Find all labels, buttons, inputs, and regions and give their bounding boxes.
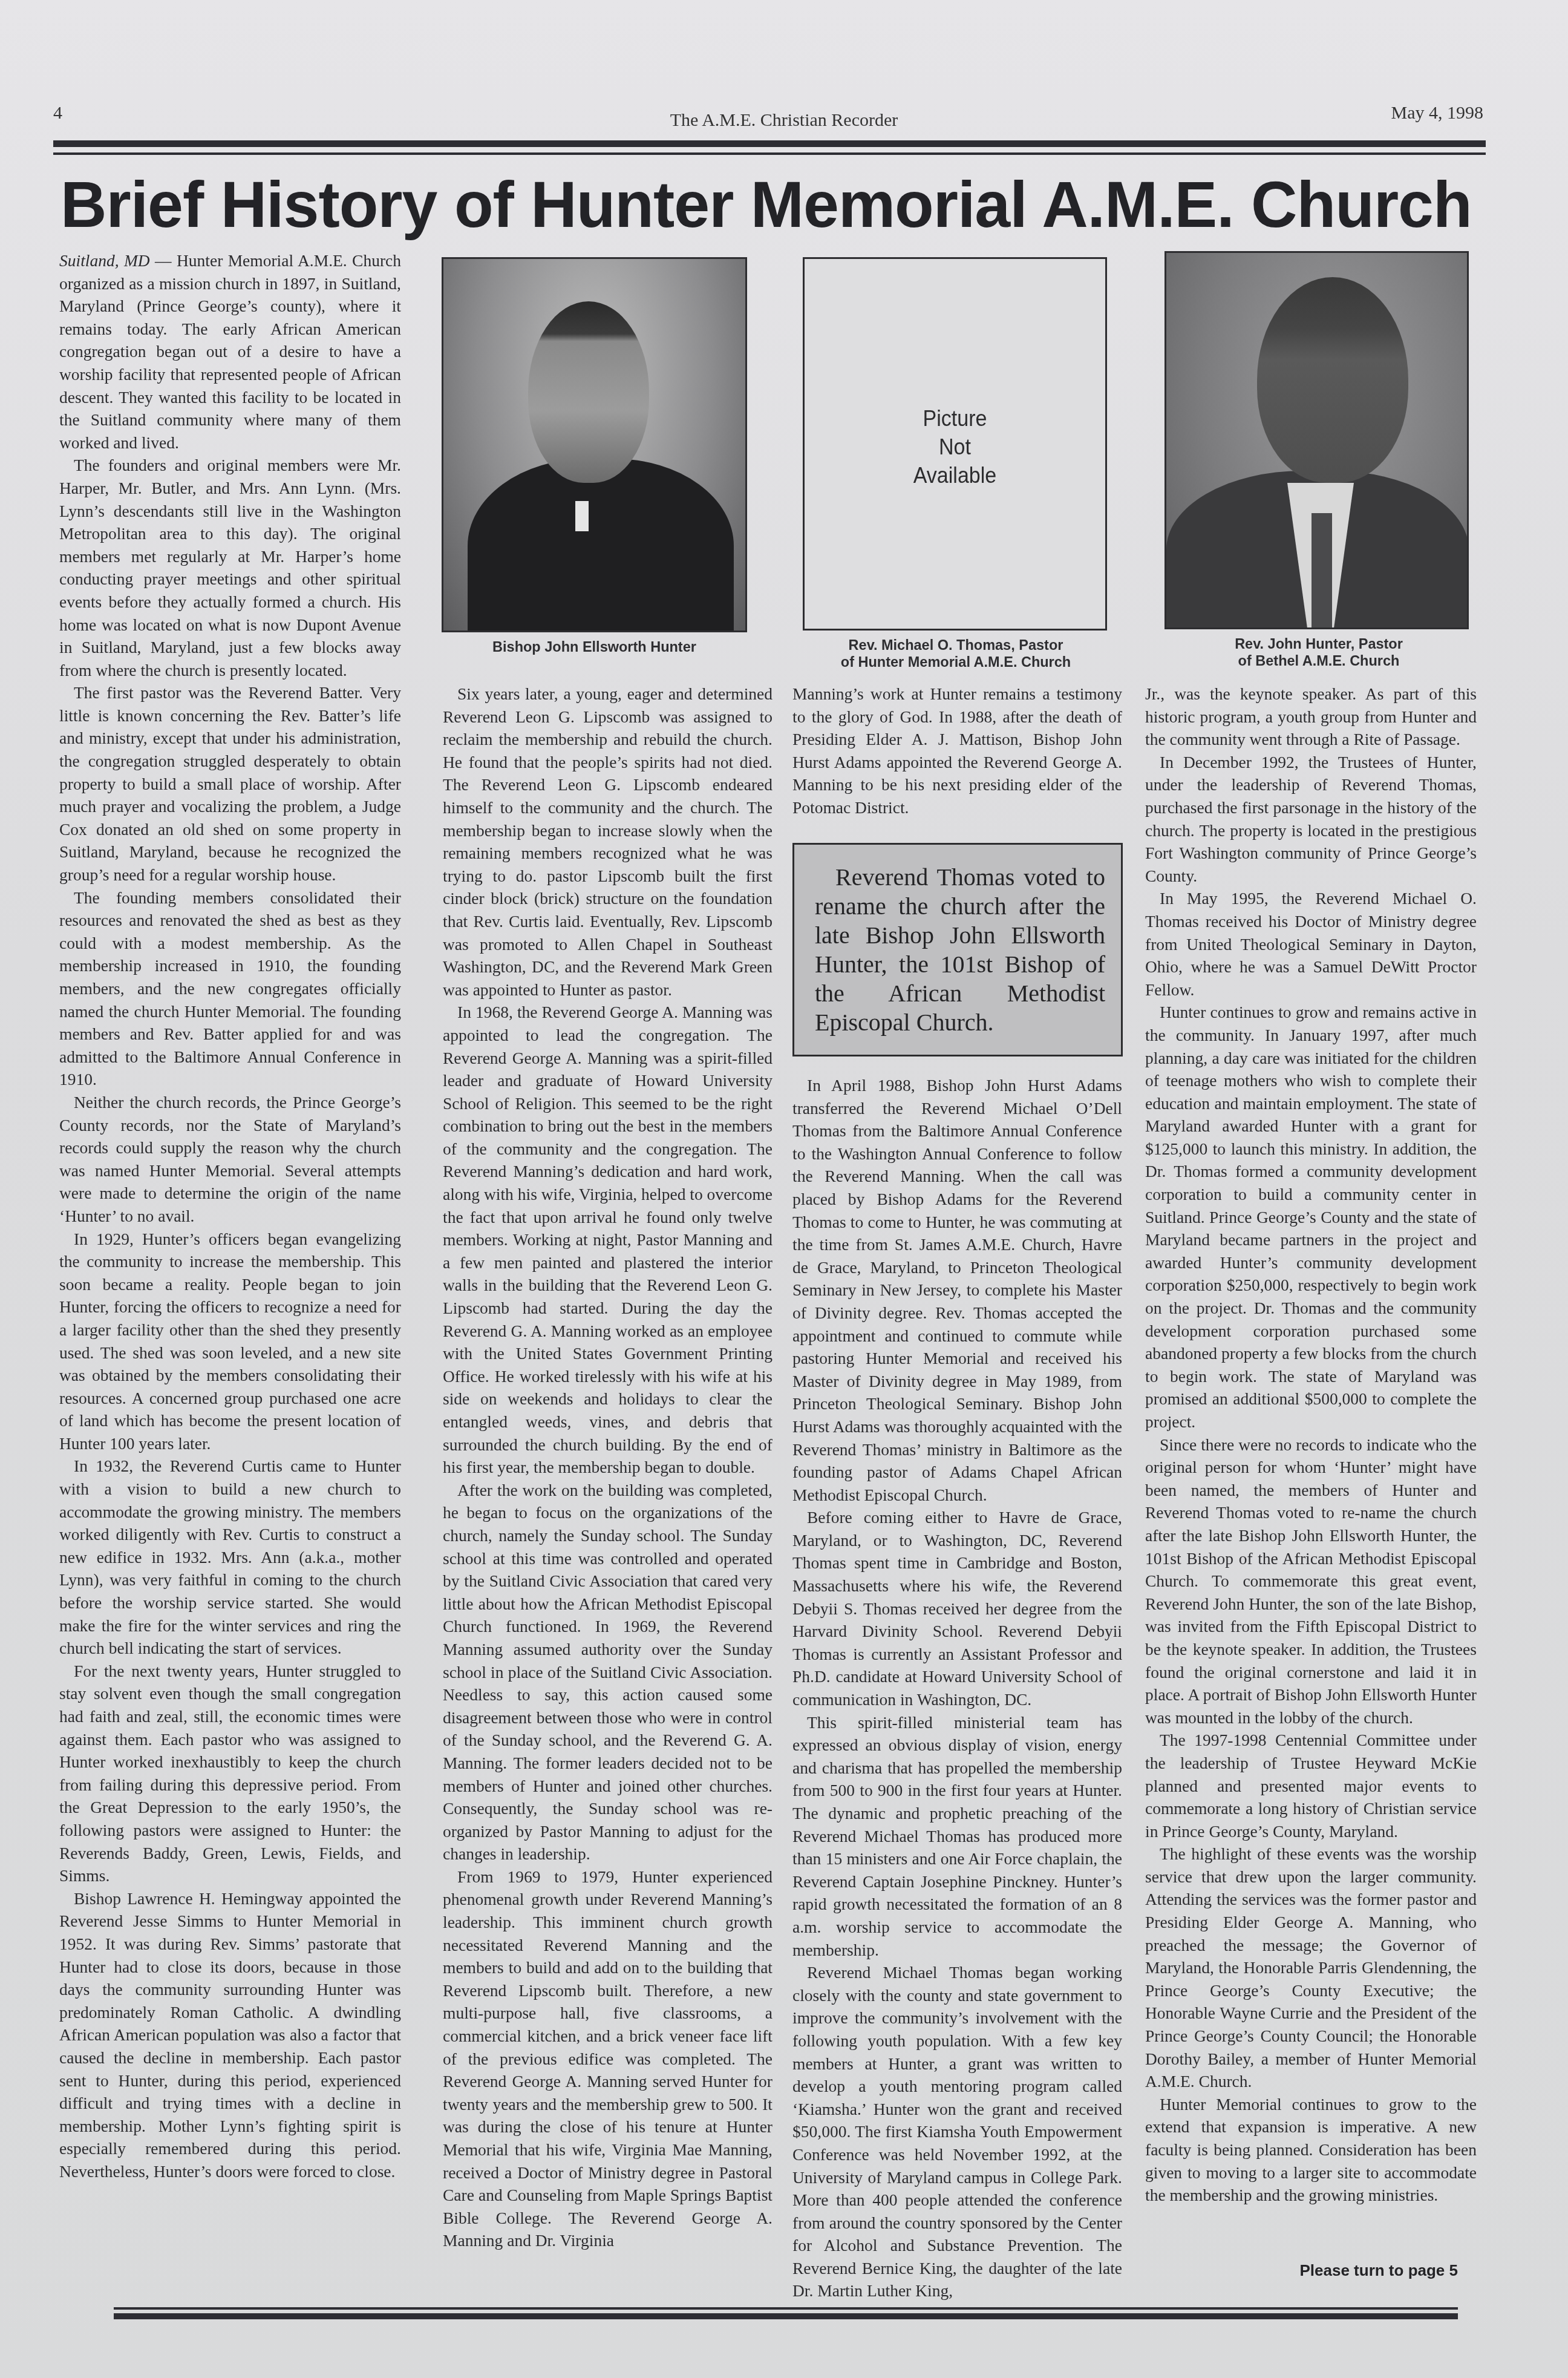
article-column-1: Suitland, MD — Hunter Memorial A.M.E. Ch… — [59, 249, 401, 2183]
article-column-4: Jr., was the keynote speaker. As part of… — [1145, 683, 1477, 2207]
paragraph: Since there were no records to indicate … — [1145, 1433, 1477, 1729]
paragraph: Bishop Lawrence H. Hemingway appointed t… — [59, 1887, 401, 2183]
portrait-head-icon — [528, 301, 649, 483]
article-column-3-top: Manning’s work at Hunter remains a testi… — [792, 683, 1122, 819]
paragraph: In December 1992, the Trustees of Hunter… — [1145, 751, 1477, 888]
paragraph: The first pastor was the Reverend Batter… — [59, 681, 401, 886]
photo-caption-thomas: Rev. Michael O. Thomas, Pastor of Hunter… — [799, 637, 1113, 670]
article-column-2: Six years later, a young, eager and dete… — [443, 683, 773, 2252]
footer-rule-thick — [114, 2313, 1458, 2319]
paragraph: Neither the church records, the Prince G… — [59, 1091, 401, 1228]
clerical-collar-icon — [575, 501, 589, 531]
paragraph: The founding members consolidated their … — [59, 886, 401, 1091]
paragraph: Hunter Memorial continues to grow to the… — [1145, 2093, 1477, 2207]
photo-caption-bishop: Bishop John Ellsworth Hunter — [442, 638, 747, 655]
portrait-photo-bishop-hunter — [442, 257, 747, 632]
photo-caption-john-hunter: Rev. John Hunter, Pastor of Bethel A.M.E… — [1161, 635, 1476, 669]
necktie-icon — [1312, 513, 1332, 629]
paragraph: From 1969 to 1979, Hunter experienced ph… — [443, 1865, 773, 2252]
portrait-body-icon — [468, 459, 734, 632]
publication-name: The A.M.E. Christian Recorder — [0, 110, 1568, 131]
pull-quote-box: Reverend Thomas voted to rename the chur… — [792, 843, 1123, 1056]
continuation-jump-line: Please turn to page 5 — [1270, 2261, 1458, 2280]
paragraph: In 1929, Hunter’s officers began evangel… — [59, 1228, 401, 1455]
paragraph-continued: Jr., was the keynote speaker. As part of… — [1145, 683, 1477, 751]
paragraph: After the work on the building was compl… — [443, 1479, 773, 1865]
paragraph: Reverend Michael Thomas began working cl… — [792, 1961, 1122, 2302]
issue-date: May 4, 1998 — [1391, 103, 1484, 123]
article-headline: Brief History of Hunter Memorial A.M.E. … — [60, 166, 1483, 242]
paragraph: The 1997-1998 Centennial Committee under… — [1145, 1729, 1477, 1842]
paragraph: Six years later, a young, eager and dete… — [443, 683, 773, 1001]
paragraph: In May 1995, the Reverend Michael O. Tho… — [1145, 887, 1477, 1001]
paragraph: Before coming either to Havre de Grace, … — [792, 1506, 1122, 1711]
paragraph: In April 1988, Bishop John Hurst Adams t… — [792, 1074, 1122, 1506]
header-rule-thin — [53, 152, 1486, 155]
portrait-head-icon — [1257, 277, 1408, 483]
pull-quote-text: Reverend Thomas voted to rename the chur… — [815, 863, 1105, 1037]
photo-placeholder-thomas: Picture Not Available — [803, 257, 1107, 631]
dateline: Suitland, MD — [59, 251, 150, 270]
article-column-3: In April 1988, Bishop John Hurst Adams t… — [792, 1074, 1122, 2302]
footer-rule-thin — [114, 2307, 1458, 2310]
paragraph: In 1932, the Reverend Curtis came to Hun… — [59, 1455, 401, 1659]
paragraph-lead: Suitland, MD — Hunter Memorial A.M.E. Ch… — [59, 249, 401, 454]
paragraph-continued: Manning’s work at Hunter remains a testi… — [792, 683, 1122, 819]
paragraph: The highlight of these events was the wo… — [1145, 1842, 1477, 2093]
paragraph: This spirit-filled ministerial team has … — [792, 1711, 1122, 1962]
header-rule-thick — [53, 140, 1486, 147]
newspaper-page: 4 The A.M.E. Christian Recorder May 4, 1… — [0, 0, 1568, 2378]
portrait-photo-john-hunter — [1165, 251, 1469, 629]
paragraph: For the next twenty years, Hunter strugg… — [59, 1660, 401, 1887]
paragraph: In 1968, the Reverend George A. Manning … — [443, 1001, 773, 1478]
paragraph: Hunter continues to grow and remains act… — [1145, 1001, 1477, 1433]
picture-not-available-text: Picture Not Available — [817, 404, 1093, 490]
paragraph: The founders and original members were M… — [59, 454, 401, 681]
